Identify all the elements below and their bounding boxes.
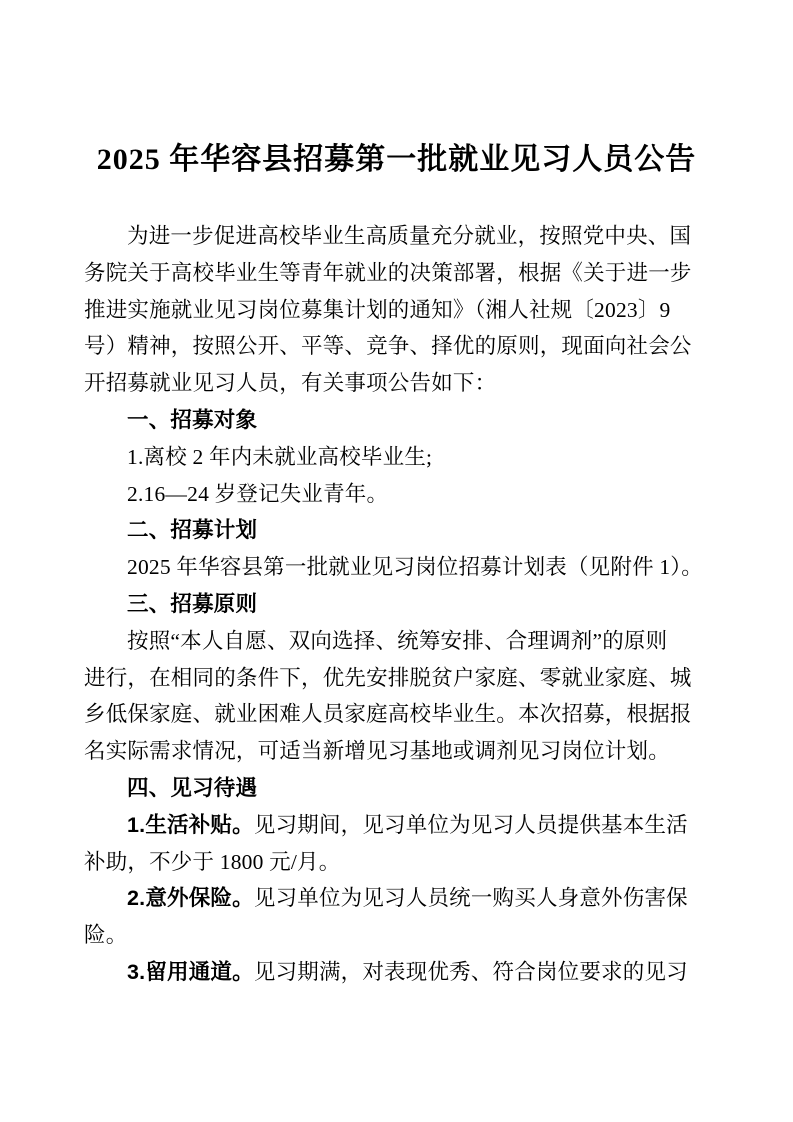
bold-heading-text: 三、招募原则 [127, 592, 257, 616]
document-line: 为进一步促进高校毕业生高质量充分就业，按照党中央、国 [84, 218, 709, 255]
bold-heading-text: 1.生活补贴。 [127, 813, 254, 837]
body-text: 2.16—24 岁登记失业青年。 [127, 482, 388, 506]
body-text: 见习期满，对表现优秀、符合岗位要求的见习 [254, 960, 688, 984]
body-text: 补助，不少于 1800 元/月。 [84, 850, 340, 874]
document-line: 2.16—24 岁登记失业青年。 [84, 476, 709, 513]
document-line: 三、招募原则 [84, 586, 709, 623]
document-line: 推进实施就业见习岗位募集计划的通知》（湘人社规〔2023〕9 [84, 292, 709, 329]
body-text: 按照“本人自愿、双向选择、统筹安排、合理调剂”的原则 [127, 629, 667, 653]
bold-heading-text: 3.留用通道。 [127, 960, 254, 984]
bold-heading-text: 一、招募对象 [127, 408, 257, 432]
body-text: 乡低保家庭、就业困难人员家庭高校毕业生。本次招募，根据报 [84, 702, 692, 726]
body-text: 1.离校 2 年内未就业高校毕业生; [127, 445, 432, 469]
document-line: 按照“本人自愿、双向选择、统筹安排、合理调剂”的原则 [84, 623, 709, 660]
document-line: 3.留用通道。见习期满，对表现优秀、符合岗位要求的见习 [84, 954, 709, 991]
document-line: 1.生活补贴。见习期间，见习单位为见习人员提供基本生活 [84, 807, 709, 844]
body-text: 务院关于高校毕业生等青年就业的决策部署，根据《关于进一步 [84, 261, 692, 285]
body-text: 名实际需求情况，可适当新增见习基地或调剂见习岗位计划。 [84, 739, 670, 763]
document-line: 进行，在相同的条件下，优先安排脱贫户家庭、零就业家庭、城 [84, 660, 709, 697]
document-line: 二、招募计划 [84, 512, 709, 549]
document-line: 乡低保家庭、就业困难人员家庭高校毕业生。本次招募，根据报 [84, 696, 709, 733]
document-page: 2025 年华容县招募第一批就业见习人员公告 为进一步促进高校毕业生高质量充分就… [0, 0, 793, 1122]
document-line: 2025 年华容县第一批就业见习岗位招募计划表（见附件 1）。 [84, 549, 709, 586]
document-line: 开招募就业见习人员，有关事项公告如下： [84, 365, 709, 402]
bold-heading-text: 2.意外保险。 [127, 886, 254, 910]
document-line: 四、见习待遇 [84, 770, 709, 807]
body-text: 开招募就业见习人员，有关事项公告如下： [84, 371, 496, 395]
body-text: 进行，在相同的条件下，优先安排脱贫户家庭、零就业家庭、城 [84, 666, 692, 690]
body-text: 险。 [84, 923, 127, 947]
body-text: 号）精神，按照公开、平等、竞争、择优的原则，现面向社会公 [84, 334, 692, 358]
body-text: 见习单位为见习人员统一购买人身意外伤害保 [254, 886, 688, 910]
document-body: 为进一步促进高校毕业生高质量充分就业，按照党中央、国务院关于高校毕业生等青年就业… [84, 218, 709, 991]
document-title: 2025 年华容县招募第一批就业见习人员公告 [0, 136, 793, 184]
body-text: 见习期间，见习单位为见习人员提供基本生活 [254, 813, 688, 837]
document-line: 险。 [84, 917, 709, 954]
document-line: 务院关于高校毕业生等青年就业的决策部署，根据《关于进一步 [84, 255, 709, 292]
bold-heading-text: 二、招募计划 [127, 518, 257, 542]
document-line: 1.离校 2 年内未就业高校毕业生; [84, 439, 709, 476]
document-line: 名实际需求情况，可适当新增见习基地或调剂见习岗位计划。 [84, 733, 709, 770]
body-text: 推进实施就业见习岗位募集计划的通知》（湘人社规〔2023〕9 [84, 298, 671, 322]
document-line: 一、招募对象 [84, 402, 709, 439]
bold-heading-text: 四、见习待遇 [127, 776, 257, 800]
document-line: 补助，不少于 1800 元/月。 [84, 844, 709, 881]
body-text: 2025 年华容县第一批就业见习岗位招募计划表（见附件 1）。 [127, 555, 703, 579]
document-line: 2.意外保险。见习单位为见习人员统一购买人身意外伤害保 [84, 880, 709, 917]
document-line: 号）精神，按照公开、平等、竞争、择优的原则，现面向社会公 [84, 328, 709, 365]
body-text: 为进一步促进高校毕业生高质量充分就业，按照党中央、国 [127, 224, 691, 248]
